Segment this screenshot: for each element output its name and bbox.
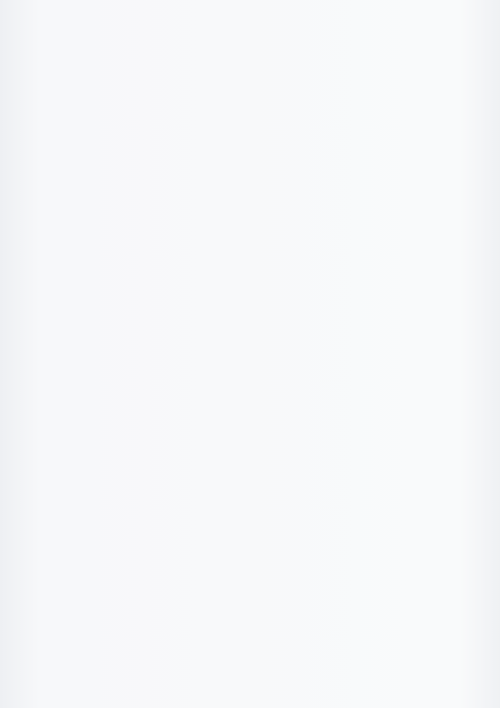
document-page — [0, 0, 500, 708]
